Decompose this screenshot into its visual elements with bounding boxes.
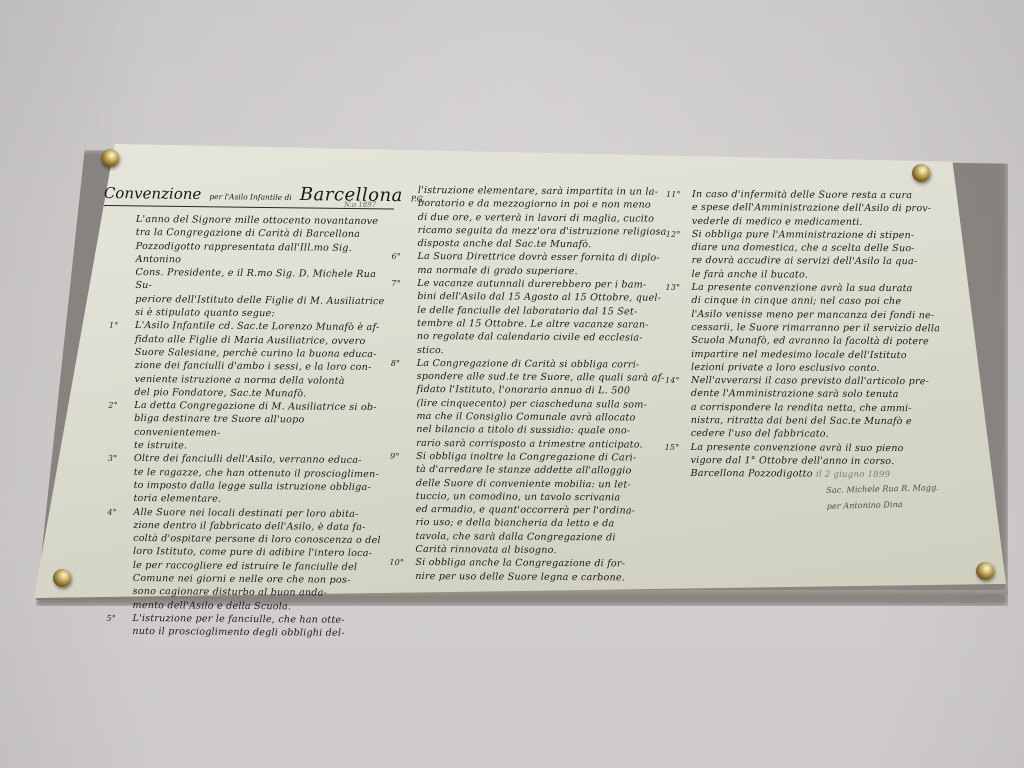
- screw-bottom-right: [976, 562, 994, 580]
- text-line: vederle di medico e medicamenti.: [692, 215, 962, 230]
- title-prefix: Convenzione: [104, 184, 202, 203]
- text-line: bini dell'Asilo dal 15 Agosto al 15 Otto…: [417, 290, 677, 305]
- text-line: l'Asilo venisse meno per mancanza dei fo…: [691, 308, 961, 323]
- text-line: nuto il proscioglimento degli obblighi d…: [132, 625, 382, 640]
- text-line: nire per uso delle Suore legna e carbone…: [415, 570, 675, 585]
- article-number: 12°: [666, 228, 681, 241]
- text-line: e spese dell'Amministrazione dell'Asilo …: [692, 201, 962, 216]
- text-line: cessarii, le Suore rimarranno per il ser…: [691, 321, 961, 336]
- text-line: boratorio e da mezzogiorno in poi e non …: [418, 197, 678, 212]
- article-12: 12° Si obbliga pure l'Amministrazione di…: [692, 228, 962, 283]
- text-line: Si obbliga pure l'Amministrazione di sti…: [692, 228, 962, 243]
- text-line: re dovrà accudire ai servizi dell'Asilo …: [692, 254, 962, 269]
- article-number: 15°: [665, 441, 680, 454]
- text-line: di cinque in cinque anni; nel caso poi c…: [691, 294, 961, 309]
- intro-paragraph: L'anno del Signore mille ottocento novan…: [135, 213, 386, 322]
- article-1: 1° L'Asilo Infantile cd. Sac.te Lorenzo …: [134, 319, 385, 401]
- text-line: In caso d'infermità delle Suore resta a …: [692, 188, 962, 203]
- article-2: 2° La detta Congregazione di M. Ausiliat…: [134, 399, 384, 454]
- text-line: Si obbliga anche la Congregazione di for…: [415, 556, 675, 571]
- article-number: 14°: [665, 374, 680, 387]
- text-line: no regolate dal calendario civile ed ecc…: [417, 330, 677, 345]
- text-line: le farà anche il bucato.: [692, 268, 962, 283]
- text-line: a corrispondere la rendita netta, che am…: [691, 401, 961, 416]
- text-line: diare una domestica, che a scelta delle …: [692, 241, 962, 256]
- signature-line: Sac. Michele Rua R. Magg.: [826, 479, 939, 498]
- article-9: 9° Si obbliga inoltre la Congregazione d…: [415, 450, 676, 558]
- article-number: 6°: [391, 250, 401, 263]
- article-number: 1°: [109, 319, 119, 332]
- article-number: 5°: [106, 612, 116, 625]
- signature-line: per Antonino Dina: [826, 495, 939, 514]
- text-line: bliga destinare tre Suore all'uopo conve…: [134, 412, 384, 441]
- article-13: 13° La presente convenzione avrà la sua …: [691, 281, 961, 375]
- article-number: 10°: [389, 556, 404, 569]
- closing-date: il 2 giugno 1899: [816, 470, 890, 480]
- article-5: 5° L'istruzione per le fanciulle, che ha…: [132, 612, 382, 641]
- text-line: Nell'avverarsi il caso previsto dall'art…: [691, 374, 961, 389]
- text-line: nistra, ritratta dai beni del Sac.te Mun…: [691, 414, 961, 429]
- article-number: 8°: [391, 357, 401, 370]
- text-line: nel bilancio a titolo di sussidio: quale…: [416, 423, 676, 438]
- text-line: La presente convenzione avrà la sua dura…: [691, 281, 961, 296]
- article-3: 3° Oltre dei fanciulli dell'Asilo, verra…: [133, 452, 383, 507]
- article-6: 6° La Suora Direttrice dovrà esser forni…: [417, 250, 677, 278]
- text-line: Scuola Munafò, ed avranno la facoltà di …: [691, 334, 961, 349]
- article-11: 11° In caso d'infermità delle Suore rest…: [692, 188, 962, 229]
- screw-top-left: [101, 149, 119, 167]
- article-number: 3°: [108, 452, 118, 465]
- closing-place: Barcellona Pozzodigotto: [690, 468, 812, 480]
- text-line: dente l'Amministrazione sarà solo tenuta: [691, 387, 961, 402]
- article-15: 15° La presente convenzione avrà il suo …: [691, 441, 961, 469]
- article-number: 2°: [108, 399, 118, 412]
- year-note: N.o 1897: [344, 201, 376, 209]
- column-1: L'anno del Signore mille ottocento novan…: [132, 213, 386, 641]
- title-middle: per l'Asilo Infantile di: [209, 192, 291, 202]
- text-line: tà d'arredare le stanze addette all'allo…: [416, 463, 676, 478]
- screw-bottom-left: [53, 569, 71, 587]
- text-line: Pozzodigotto rappresentata dall'Ill.mo S…: [136, 240, 386, 269]
- article-8: 8° La Congregazione di Carità si obbliga…: [416, 357, 677, 452]
- article-10: 10° Si obbliga anche la Congregazione di…: [415, 556, 675, 584]
- article-4: 4° Alle Suore nei locali destinati per l…: [133, 506, 384, 615]
- signature-block: Sac. Michele Rua R. Magg. per Antonino D…: [826, 479, 940, 514]
- column-2: l'istruzione elementare, sarà impartita …: [415, 184, 678, 585]
- article-number: 13°: [665, 281, 680, 294]
- article-7: 7° Le vacanze autunnali durerebbero per …: [417, 277, 678, 359]
- article-5-continued: l'istruzione elementare, sarà impartita …: [418, 184, 678, 252]
- screw-top-right: [912, 164, 930, 182]
- article-number: 9°: [390, 450, 400, 463]
- article-number: 11°: [666, 188, 681, 201]
- text-line: cedere l'uso del fabbricato.: [691, 427, 961, 442]
- text-line: lezioni private a loro esclusivo conto.: [691, 361, 961, 376]
- article-14: 14° Nell'avverarsi il caso previsto dall…: [691, 374, 961, 442]
- text-line: impartire nel medesimo locale dell'Istit…: [691, 348, 961, 363]
- column-3: 11° In caso d'infermità delle Suore rest…: [690, 188, 962, 483]
- text-line: La presente convenzione avrà il suo pien…: [691, 441, 961, 456]
- article-number: 4°: [107, 505, 117, 518]
- article-number: 7°: [391, 277, 401, 290]
- text-line: Cons. Presidente, e il R.mo Sig. D. Mich…: [135, 266, 385, 295]
- text-line: vigore dal 1° Ottobre dell'anno in corso…: [691, 454, 961, 469]
